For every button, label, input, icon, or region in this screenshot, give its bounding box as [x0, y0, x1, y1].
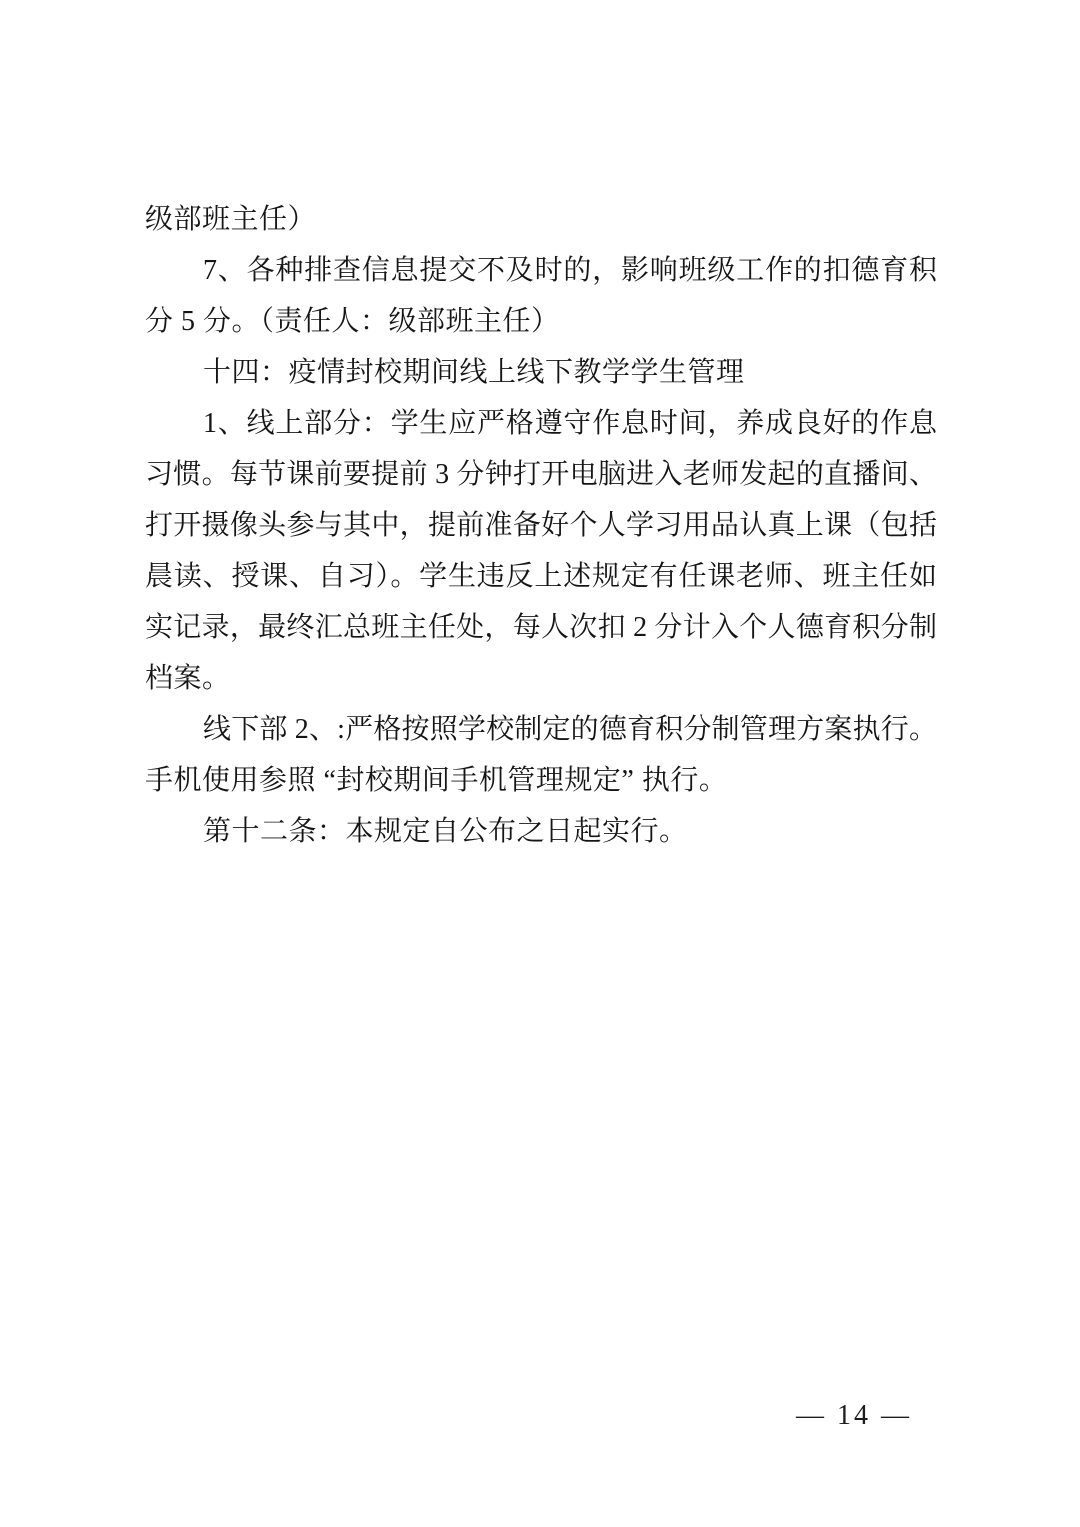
text-line-item-7: 7、各种排查信息提交不及时的，影响班级工作的扣德育积 — [145, 245, 937, 296]
text-line: 打开摄像头参与其中，提前准备好个人学习用品认真上课（包括 — [145, 500, 937, 551]
document-body: 级部班主任） 7、各种排查信息提交不及时的，影响班级工作的扣德育积 分 5 分。… — [145, 194, 937, 857]
text-line: 手机使用参照 “封校期间手机管理规定” 执行。 — [145, 755, 937, 806]
section-heading-14: 十四：疫情封校期间线上线下教学学生管理 — [145, 347, 937, 398]
text-line: 实记录，最终汇总班主任处，每人次扣 2 分计入个人德育积分制 — [145, 602, 937, 653]
page-number: — 14 — — [796, 1398, 912, 1434]
text-line-item-7-end: 分 5 分。（责任人：级部班主任） — [145, 296, 937, 347]
text-line-item-1: 1、线上部分：学生应严格遵守作息时间，养成良好的作息 — [145, 398, 937, 449]
text-line: 晨读、授课、自习）。学生违反上述规定有任课老师、班主任如 — [145, 551, 937, 602]
document-page: 级部班主任） 7、各种排查信息提交不及时的，影响班级工作的扣德育积 分 5 分。… — [0, 0, 1080, 1527]
text-line: 习惯。每节课前要提前 3 分钟打开电脑进入老师发起的直播间、 — [145, 449, 937, 500]
text-line-item-2: 线下部 2、:严格按照学校制定的德育积分制管理方案执行。 — [145, 704, 937, 755]
text-line-paragraph-end: 档案。 — [145, 653, 937, 704]
text-line-continuation: 级部班主任） — [145, 194, 937, 245]
text-line-article-12: 第十二条：本规定自公布之日起实行。 — [145, 806, 937, 857]
